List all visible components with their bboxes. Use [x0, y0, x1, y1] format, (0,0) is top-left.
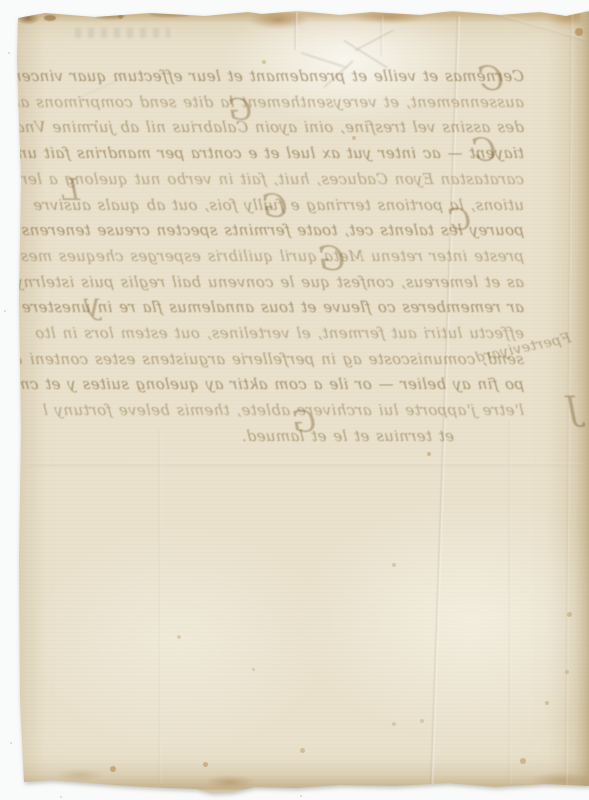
bleedthrough-line: aussennement, et vereysenthement la dite… — [29, 90, 525, 116]
bleedthrough-line: ar rememberes co fleuve et tous annalemu… — [29, 295, 525, 321]
paper-sheet-wrap: Cernemas et veille et prendemant et leur… — [0, 0, 589, 800]
fox-spot — [300, 748, 305, 753]
fox-spot — [545, 701, 549, 705]
ink-flourish: J — [566, 392, 580, 426]
fox-spot — [177, 635, 181, 639]
bleedthrough-line: po fin ay belier — or ile a com aktir ay… — [29, 372, 525, 398]
ink-flourish: G — [228, 96, 252, 126]
deckle-stain — [205, 775, 255, 789]
fox-spot — [252, 668, 255, 671]
fox-spot — [203, 762, 208, 767]
paper-sheet: Cernemas et veille et prendemant et leur… — [0, 0, 589, 800]
rust-stain — [248, 11, 308, 29]
fox-spot — [427, 452, 431, 456]
ink-flourish: y — [84, 290, 101, 320]
fox-spot — [567, 612, 572, 617]
ink-flourish: C — [448, 206, 471, 236]
ink-flourish: C — [472, 134, 496, 166]
ink-flourish: G — [292, 408, 316, 438]
fox-spot — [392, 563, 396, 567]
fox-spot — [420, 719, 424, 723]
deckle-shadow — [20, 762, 589, 790]
deckle-stain — [530, 772, 589, 788]
ink-flourish: G — [262, 190, 288, 222]
fox-spot — [565, 670, 569, 674]
rust-stain — [150, 12, 190, 17]
fox-spot — [392, 722, 396, 726]
rust-stain — [352, 10, 427, 24]
deckle-stain — [55, 768, 105, 782]
corner-chip-stain — [44, 15, 56, 21]
bleedthrough-line: send, comuniscoste ag in perfellerie arg… — [29, 347, 525, 373]
crumple-crease — [294, 12, 298, 50]
bleedthrough-line: l'etre j'apporte lui archivere ablete, t… — [29, 398, 525, 424]
bleedthrough-line: tiayent — ac inter yut ax luel et e cont… — [29, 141, 525, 167]
pencil-smudge — [75, 28, 170, 38]
fox-spot — [575, 28, 583, 36]
bleedthrough-line: et ternius et le et lamued. — [29, 424, 525, 450]
ink-flourish: C — [478, 62, 504, 96]
fold-crease-horizontal — [28, 463, 584, 466]
bleedthrough-line: as et lemereus, confest que le convenu b… — [29, 270, 525, 296]
bleedthrough-line: Cernemas et veille et prendemant et leur… — [29, 64, 525, 90]
fox-spot — [520, 758, 526, 764]
bleedthrough-line: effectu lutiri aut ferment, el verteline… — [29, 321, 525, 347]
ink-flourish: G — [318, 242, 345, 276]
ink-flourish: L — [60, 176, 80, 206]
scan-canvas: Cernemas et veille et prendemant et leur… — [0, 0, 589, 800]
bleedthrough-line: preste inter retenu Meta quril quilibris… — [29, 244, 525, 270]
bleedthrough-line: des assins vel tresfine, oini ayoin Cala… — [29, 115, 525, 141]
fold-crease-vertical-left — [158, 430, 162, 782]
fold-crease-vertical-faint — [508, 420, 512, 785]
fox-spot — [110, 766, 116, 772]
fox-spot — [118, 14, 123, 19]
crumple-crease — [380, 16, 384, 56]
bleedthrough-text-block: Cernemas et veille et prendemant et leur… — [30, 64, 524, 450]
